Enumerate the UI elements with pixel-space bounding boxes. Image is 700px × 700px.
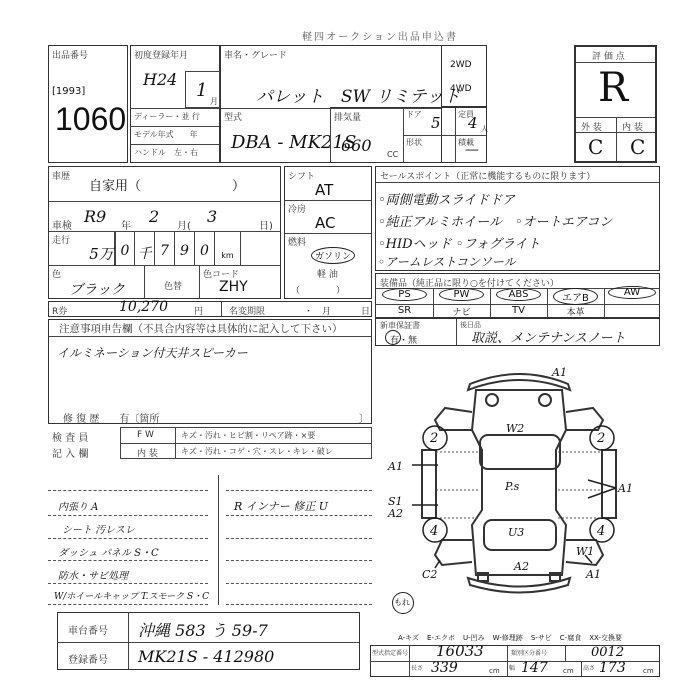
chassis-label: 車台番号 [68,622,108,637]
mileage-unit: km [215,231,241,265]
displacement-label: 排気量 [334,110,361,123]
specs-box: 排気量 660 CC ドア 5 定員 4 人 形状 積載 — [330,107,487,163]
svg-text:C2: C2 [422,568,437,581]
registration-box: 初度登録年月 H24 1 月 ディーラー・並 行 モデル年式 年 ハンドル 左・… [130,45,220,163]
fuel-selected: ガソリン [311,247,355,264]
car-diagram: A1 W2 2 2 A1 S1 A2 A1 P.s U3 4 4 C2 A2 W… [380,350,680,600]
inspection-day: 3 [207,207,217,226]
usage-value: 自家用（ ） [89,175,245,194]
sheet-title: 軽四オークション出品申込書 [250,28,510,43]
lot-code: [1993] [52,86,85,97]
first-reg-label: 初度登録年月 [134,48,188,61]
door-value: 5 [431,114,441,132]
month-unit: 月 [210,96,218,107]
inspector-stamp: もれ [392,592,420,620]
inspection-year-unit: 年 [121,217,131,232]
inspector-note-left: W/ホイールキャップ T.スモーク S・C [54,589,209,602]
shift-box: シフト AT 冷房 AC 燃料 ガソリン 軽 油 （ ） [284,166,372,299]
inspection-day-unit: 日) [259,217,273,232]
mileage-digit: 5万 [89,231,115,265]
svg-text:U3: U3 [508,526,524,539]
model-year-label: モデル年式 年 [134,129,198,140]
mileage-label: 走行 [52,233,70,246]
interior-check-label: 内 装 [137,446,158,459]
equip-abs: ABS [496,288,541,301]
length-value: 339 [431,660,458,676]
sales-points-label: セールスポイント（正常に機能するものに限ります） [380,169,595,182]
svg-text:A2: A2 [387,507,403,520]
length-unit: cm [489,667,500,675]
mileage-digits: 5万 0 千 7 9 0 km [89,231,281,265]
color-change-label: 色替 [164,279,182,292]
width-unit: cm [563,667,574,675]
svg-text:2: 2 [596,431,605,446]
length-label: 長さ [411,663,423,672]
legend-item: W-修理跡 [493,633,523,645]
repair-close: 〕 [359,410,369,425]
car-name: パレット SW リミテッド [256,82,460,107]
svg-text:W1: W1 [576,545,594,558]
door-label: ドア [406,109,422,120]
color-code-value: ZHY [219,279,248,295]
inspection-month: 2 [149,207,159,226]
fuel-paren: （ ） [291,283,345,296]
ac-value: AC [315,214,335,232]
sales-point: ◦両側電動スライドドア [378,189,515,208]
dimensions-box: 型式指定番号 16033 類別区分番号 0012 長さ 339 cm 幅 147… [370,645,660,677]
warranty-circle-icon [385,330,401,345]
width-value: 147 [521,660,548,676]
inspection-month-unit: 月( [177,217,191,232]
inspector-label-2: 記 入 欄 [52,445,88,460]
equip-aw: AW [608,286,656,299]
grade-exterior: C [588,135,603,159]
lot-number: 1060 [55,101,126,138]
fuel-other: 軽 油 [317,267,338,280]
inspector-note-left: 防水・サビ処理 [58,567,128,582]
equipment-box: 装備品（純正品に限り○を付けてください） PS PW ABS エアB AW SR… [375,273,660,318]
svg-text:4: 4 [429,524,438,539]
inspection-label: 車検 [52,217,72,232]
capacity-unit: 人 [481,124,488,134]
first-reg-year: H24 [143,70,177,89]
lot-box: 出品番号 [1993] 1060 [48,45,128,163]
transfer-day: 日 [361,304,370,317]
svg-text:A1: A1 [387,460,403,473]
displacement-value: 660 [341,136,372,155]
class-no-label: 類別区分番号 [511,648,547,657]
shift-label: シフト [288,169,315,182]
lot-label: 出品番号 [52,48,88,61]
equip-sr: SR [376,305,433,316]
mileage-digit: 0 [195,231,215,265]
capacity-value: 4 [468,114,478,132]
grade-interior: C [630,135,645,159]
sales-point: ◦純正アルミホイール ◦オートエアコン [378,211,612,230]
first-reg-month-box: 1 月 [185,71,220,108]
extras-value: 取説、メンテナンスノート [471,327,626,346]
width-label: 幅 [509,663,515,672]
repair-label: 修 復 歴 有〔箇所 [63,410,159,425]
svg-text:A2: A2 [513,560,529,573]
sales-points-box: セールスポイント（正常に機能するものに限ります） ◦両側電動スライドドア ◦純正… [375,166,660,271]
car-outline-icon: A1 W2 2 2 A1 S1 A2 A1 P.s U3 4 4 C2 A2 W… [380,350,680,600]
ac-label: 冷房 [288,202,306,215]
notes-box: 注意事項申告欄（不具合内容等は具体的に記入して下さい） イルミネーション付天井ス… [48,319,372,424]
legend-item: S-サビ [531,633,552,645]
inspector-note-right: R インナー 修正 U [234,498,328,514]
svg-text:A1: A1 [617,482,633,495]
notes-label: 注意事項申告欄（不具合内容等は具体的に記入して下さい） [59,321,343,336]
drive-4wd: 4WD [450,84,472,94]
legend-item: XX-交換要 [589,633,622,645]
chassis-value: 沖縄 583 う 59-7 [138,618,268,641]
diagram-mark: A1 [551,366,567,379]
recycle-label: R券 [52,304,67,317]
model-label: 型式 [224,110,242,123]
height-value: 173 [599,660,626,676]
equip-ps: PS [382,288,427,301]
svg-text:4: 4 [596,524,605,539]
color-label: 色 [52,267,61,280]
svg-text:2: 2 [429,431,438,446]
recycle-value: 10,270 [119,299,168,315]
legend-item: C-腐食 [560,633,581,645]
shift-value: AT [315,181,333,199]
model-no-label: 型式指定番号 [372,648,408,657]
interior-items: キズ・汚れ・コゲ・穴・スレ・キレ・破レ [181,446,333,457]
reg-label: 登録番号 [68,651,108,666]
cc-unit: CC [387,150,398,159]
notes-text: イルミネーション付天井スピーカー [57,344,248,361]
fuel-label: 燃料 [288,235,306,248]
inspection-era: R9 [84,207,106,226]
drive-2wd: 2WD [450,60,472,70]
color-value: ブラック [69,279,125,299]
inspector-label-1: 検 査 員 [52,429,88,444]
load-value: — [465,142,479,158]
fw-label: F W [137,430,154,440]
model-no-value: 16033 [436,642,484,660]
usage-label: 車歴 [52,169,70,182]
grade-overall: R [598,65,628,111]
height-unit: cm [643,667,654,675]
transfer-month: ・ 月 [304,304,331,317]
car-name-label: 車名・グレード [224,48,287,61]
drive-box: 2WD 4WD [442,45,487,107]
shape-label: 形状 [406,137,422,148]
equip-airbag: エアB [553,288,598,305]
inspector-section: 検 査 員 記 入 欄 F W キズ・汚れ・ヒビ割・リペア跡・×要 内 装 キズ… [48,427,372,461]
reg-value: MK21S - 412980 [138,647,274,666]
inspector-note-left: シート 汚レスレ [62,521,135,536]
stamp-text: もれ [394,597,410,608]
recycle-unit: 円 [194,304,203,317]
first-reg-month: 1 [196,80,207,101]
warranty-box: 新車保証書 有・無 後日品 取説、メンテナンスノート [375,318,660,346]
inspector-note-left: 内張り A [58,498,98,513]
sales-point: ◦アームレストコンソール [378,253,516,270]
equip-pw: PW [439,288,484,301]
svg-text:P.s: P.s [504,480,520,493]
sales-point: ◦HIDヘッド ◦フォグライト [378,233,540,252]
grade-label: 評 価 点 [592,49,625,62]
inspector-notes: 内張り A シート 汚レスレ ダッシュ パネル S・C 防水・サビ処理 W/ホイ… [48,480,372,605]
vehicle-ids-box: 車台番号 沖縄 583 う 59-7 登録番号 MK21S - 412980 [57,612,360,670]
inspector-note-left: ダッシュ パネル S・C [58,544,159,559]
svg-text:W2: W2 [506,422,524,435]
legend-item: A-キズ [398,633,419,645]
mileage-digit: 7 [155,231,175,265]
warranty-label: 新車保証書 [380,320,420,331]
fw-items: キズ・汚れ・ヒビ割・リペア跡・×要 [181,430,315,441]
mileage-digit: 千 [135,231,155,265]
transfer-label: 名変期限 [229,304,265,317]
mileage-digit: 0 [115,231,135,265]
dealer-label: ディーラー・並 行 [134,111,200,122]
svg-text:A1: A1 [585,568,601,581]
handle-label: ハンドル 左・右 [134,147,198,158]
equip-leather: 本革 [547,305,604,318]
class-no-value: 0012 [591,645,624,660]
mileage-digit: 9 [175,231,195,265]
recycle-box: R券 10,270 円 名変期限 ・ 月 日 [48,301,372,317]
equip-tv: TV [490,305,547,316]
height-label: 高さ [583,663,595,672]
equip-navi: ナビ [433,305,490,318]
history-box: 車歴 自家用（ ） 車検 R9 年 2 月( 3 日) 走行 5万 0 千 7 … [48,166,281,299]
grade-box: 評 価 点 R 外 装 内 装 C C [574,45,657,163]
